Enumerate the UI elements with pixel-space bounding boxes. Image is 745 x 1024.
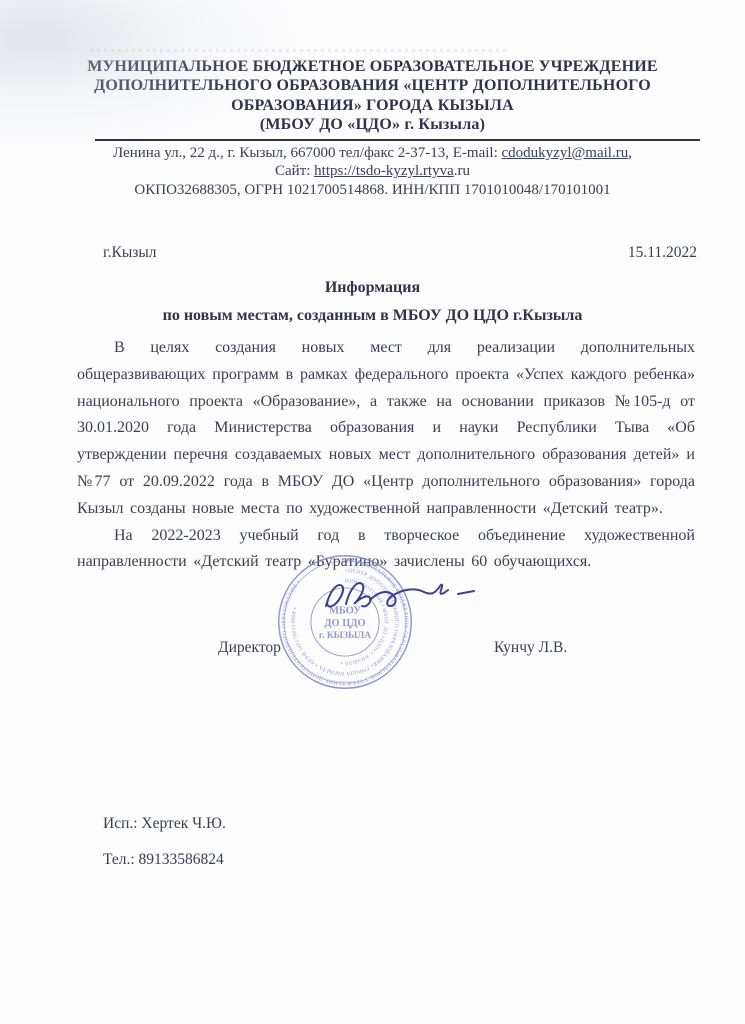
address-comma: ,	[628, 145, 632, 161]
document-title: Информация	[0, 279, 745, 297]
signer-role: Директор	[218, 639, 281, 657]
phone-line: Тел.: 89133586824	[103, 849, 226, 871]
letterhead-divider	[95, 139, 700, 141]
meta-row: г.Кызыл 15.11.2022	[0, 244, 745, 264]
document-subtitle: по новым местам, созданным в МБОУ ДО ЦДО…	[0, 307, 745, 325]
executor-line: Исп.: Хертек Ч.Ю.	[103, 813, 226, 835]
stamp-center-line1: МБОУ	[329, 605, 361, 616]
date-label: 15.11.2022	[628, 244, 697, 262]
signer-name: Кунчу Л.В.	[494, 639, 567, 657]
org-name-line: МУНИЦИПАЛЬНОЕ БЮДЖЕТНОЕ ОБРАЗОВАТЕЛЬНОЕ …	[0, 57, 745, 76]
org-short-name: (МБОУ ДО «ЦДО» г. Кызыла)	[0, 115, 745, 134]
city-label: г.Кызыл	[103, 244, 157, 262]
requisites-line: ОКПО32688305, ОГРН 1021700514868. ИНН/КП…	[0, 181, 745, 200]
site-suffix: .ru	[454, 163, 470, 179]
stamp-center-line2: ДО ЦДО	[324, 618, 365, 629]
address-text: Ленина ул., 22 д., г. Кызыл, 667000 тел/…	[113, 145, 502, 161]
org-name-line: ОБРАЗОВАНИЯ» ГОРОДА КЫЗЫЛА	[0, 96, 745, 115]
address-line: Ленина ул., 22 д., г. Кызыл, 667000 тел/…	[0, 144, 745, 163]
site-link[interactable]: https://tsdo-kyzyl.rtyva	[314, 163, 454, 179]
handwritten-signature	[312, 568, 482, 628]
email-link[interactable]: cdodukyzyl@mail.ru	[502, 145, 629, 161]
body-paragraph: На 2022-2023 учебный год в творческое об…	[77, 523, 695, 577]
document-body: В целях создания новых мест для реализац…	[77, 335, 695, 576]
letterhead-org-name: МУНИЦИПАЛЬНОЕ БЮДЖЕТНОЕ ОБРАЗОВАТЕЛЬНОЕ …	[0, 0, 745, 135]
org-name-line: ДОПОЛНИТЕЛЬНОГО ОБРАЗОВАНИЯ «ЦЕНТР ДОПОЛ…	[0, 76, 745, 95]
site-line: Сайт: https://tsdo-kyzyl.rtyva.ru	[0, 162, 745, 181]
footer-block: Исп.: Хертек Ч.Ю. Тел.: 89133586824	[103, 813, 226, 885]
signature-row: Директор Кунчу Л.В.	[0, 632, 745, 672]
letterhead-contacts: Ленина ул., 22 д., г. Кызыл, 667000 тел/…	[0, 144, 745, 200]
body-paragraph: В целях создания новых мест для реализац…	[77, 335, 695, 523]
site-label: Сайт:	[275, 163, 314, 179]
scanned-letter-page: МУНИЦИПАЛЬНОЕ БЮДЖЕТНОЕ ОБРАЗОВАТЕЛЬНОЕ …	[0, 0, 745, 1024]
